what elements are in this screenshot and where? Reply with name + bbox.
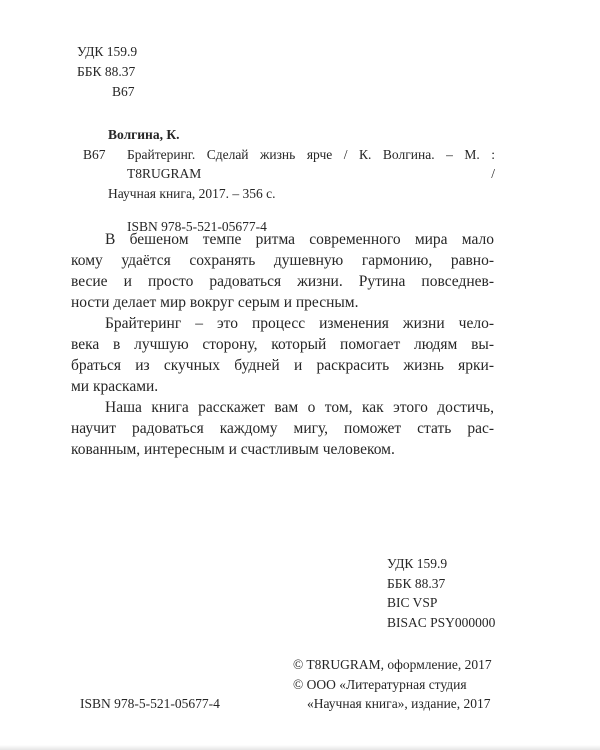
bottom-classification-codes: УДК 159.9 ББК 88.37 BIC VSP BISAC PSY000… [387, 554, 495, 632]
bibliographic-record: Волгина, К. В67 Брайтеринг. Сделай жизнь… [83, 125, 495, 237]
author-sign-code: В67 [112, 82, 137, 102]
bbk-code-bottom: ББК 88.37 [387, 574, 495, 594]
copyright-line-edition-cont: «Научная книга», издание, 2017 [307, 694, 492, 714]
annotation-line: весие и просто радоваться жизни. Рутина … [71, 271, 494, 292]
annotation-line: кому удаётся сохранять душевную гармонию… [71, 250, 494, 271]
bisac-code: BISAC PSY000000 [387, 613, 495, 633]
annotation-line: века в лучшую сторону, который помогает … [71, 334, 494, 355]
page-edge-shadow [0, 745, 600, 750]
copyright-block: © T8RUGRAM, оформление, 2017 © ООО «Лите… [293, 655, 492, 714]
udk-code: УДК 159.9 [77, 42, 137, 62]
annotation-line: научит радоваться каждому мигу, поможет … [71, 418, 494, 439]
author-sign-index: В67 [83, 145, 127, 184]
annotation-line: Брайтеринг – это процесс изменения жизни… [71, 313, 494, 334]
book-imprint-page: УДК 159.9 ББК 88.37 В67 Волгина, К. В67 … [0, 0, 600, 750]
bibliographic-line-1: Брайтеринг. Сделай жизнь ярче / К. Волги… [127, 145, 495, 184]
annotation-line: ми красками. [71, 376, 494, 397]
annotation-text: В бешеном темпе ритма современного мира … [71, 229, 494, 460]
annotation-line: В бешеном темпе ритма современного мира … [71, 229, 494, 250]
annotation-line: кованным, интересным и счастливым челове… [71, 439, 494, 460]
annotation-line: ности делает мир вокруг серым и пресным. [71, 292, 494, 313]
top-classification-codes: УДК 159.9 ББК 88.37 В67 [77, 42, 137, 102]
annotation-line: браться из скучных будней и раскрасить ж… [71, 355, 494, 376]
bibliographic-line-2: Научная книга, 2017. – 356 с. [108, 184, 495, 204]
udk-code-bottom: УДК 159.9 [387, 554, 495, 574]
annotation-line: Наша книга расскажет вам о том, как этог… [71, 397, 494, 418]
author-heading: Волгина, К. [108, 125, 495, 145]
isbn-number-bottom: ISBN 978-5-521-05677-4 [80, 694, 220, 714]
copyright-line-design: © T8RUGRAM, оформление, 2017 [293, 655, 492, 675]
bibliographic-entry: В67 Брайтеринг. Сделай жизнь ярче / К. В… [83, 145, 495, 184]
copyright-line-edition: © ООО «Литературная студия [293, 675, 492, 695]
bbk-code: ББК 88.37 [77, 62, 137, 82]
bic-code: BIC VSP [387, 593, 495, 613]
